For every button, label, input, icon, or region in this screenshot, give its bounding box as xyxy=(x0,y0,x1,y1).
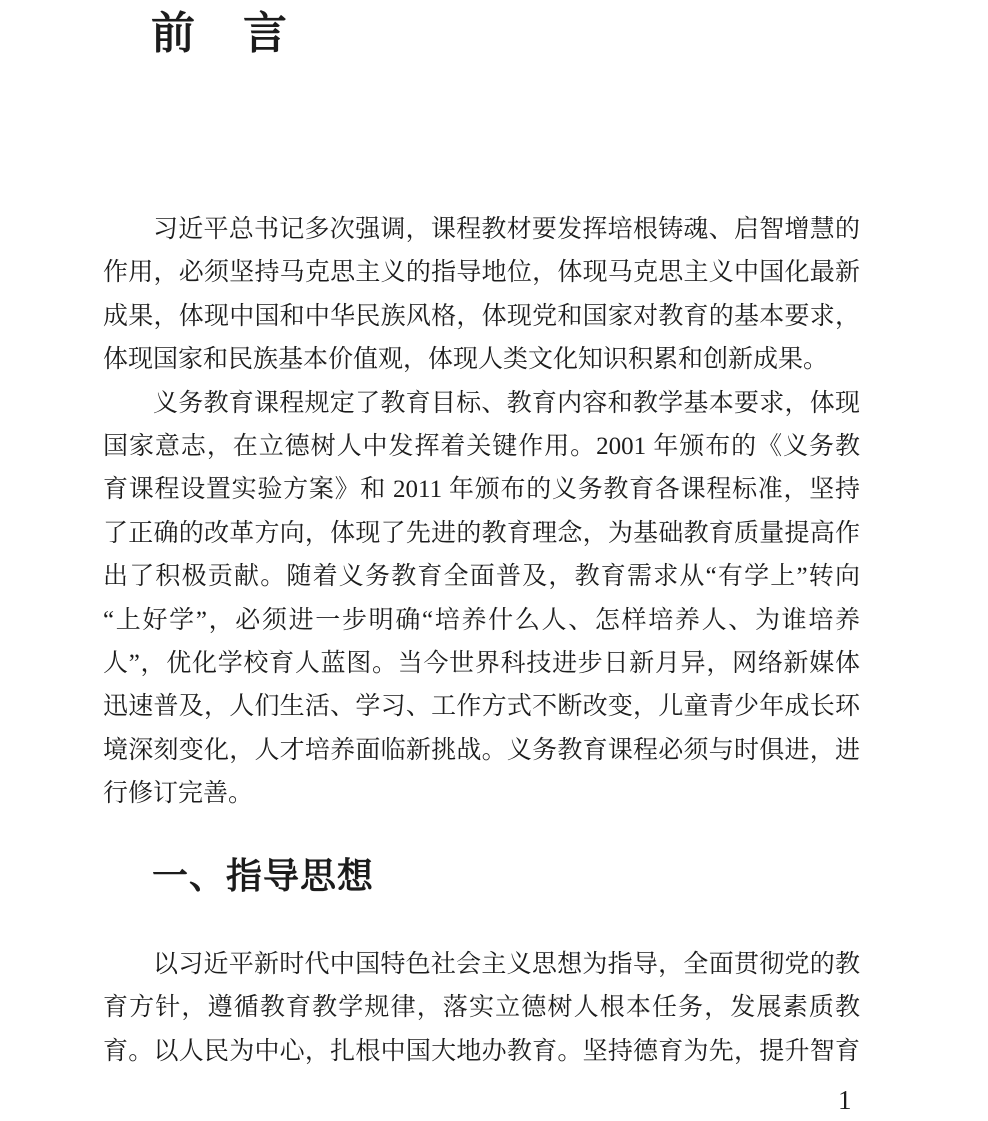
text-line: 育方针，遵循教育教学规律，落实立德树人根本任务，发展素质教 xyxy=(103,986,860,1029)
text-line: 习近平总书记多次强调，课程教材要发挥培根铸魂、启智增慧的 xyxy=(103,208,860,251)
text-line: 体现国家和民族基本价值观，体现人类文化知识积累和创新成果。 xyxy=(103,338,860,381)
text-line: 育。以人民为中心，扎根中国大地办教育。坚持德育为先，提升智育 xyxy=(103,1030,860,1073)
text-line: 人”，优化学校育人蓝图。当今世界科技进步日新月异，网络新媒体 xyxy=(103,642,860,685)
text-line: 成果，体现中国和中华民族风格，体现党和国家对教育的基本要求， xyxy=(103,295,860,338)
text-line: 迅速普及，人们生活、学习、工作方式不断改变，儿童青少年成长环 xyxy=(103,685,860,728)
page-number: 1 xyxy=(838,1085,852,1115)
section-heading: 一、指导思想 xyxy=(152,858,374,894)
text-line: “上好学”，必须进一步明确“培养什么人、怎样培养人、为谁培养 xyxy=(103,599,860,642)
body-text-lower: 以习近平新时代中国特色社会主义思想为指导，全面贯彻党的教 育方针，遵循教育教学规… xyxy=(103,943,860,1073)
text-line: 了正确的改革方向，体现了先进的教育理念，为基础教育质量提高作 xyxy=(103,512,860,555)
text-line: 以习近平新时代中国特色社会主义思想为指导，全面贯彻党的教 xyxy=(103,943,860,986)
text-line: 作用，必须坚持马克思主义的指导地位，体现马克思主义中国化最新 xyxy=(103,251,860,294)
text-line: 行修订完善。 xyxy=(103,772,860,815)
body-text-upper: 习近平总书记多次强调，课程教材要发挥培根铸魂、启智增慧的 作用，必须坚持马克思主… xyxy=(103,208,860,816)
text-line: 育课程设置实验方案》和 2011 年颁布的义务教育各课程标准，坚持 xyxy=(103,468,860,511)
text-line: 境深刻变化，人才培养面临新挑战。义务教育课程必须与时俱进，进 xyxy=(103,729,860,772)
text-line: 国家意志，在立德树人中发挥着关键作用。2001 年颁布的《义务教 xyxy=(103,425,860,468)
text-line: 义务教育课程规定了教育目标、教育内容和教学基本要求，体现 xyxy=(103,382,860,425)
document-page: 前 言 习近平总书记多次强调，课程教材要发挥培根铸魂、启智增慧的 作用，必须坚持… xyxy=(0,0,988,1121)
text-line: 出了积极贡献。随着义务教育全面普及，教育需求从“有学上”转向 xyxy=(103,555,860,598)
document-title: 前 言 xyxy=(151,10,289,58)
